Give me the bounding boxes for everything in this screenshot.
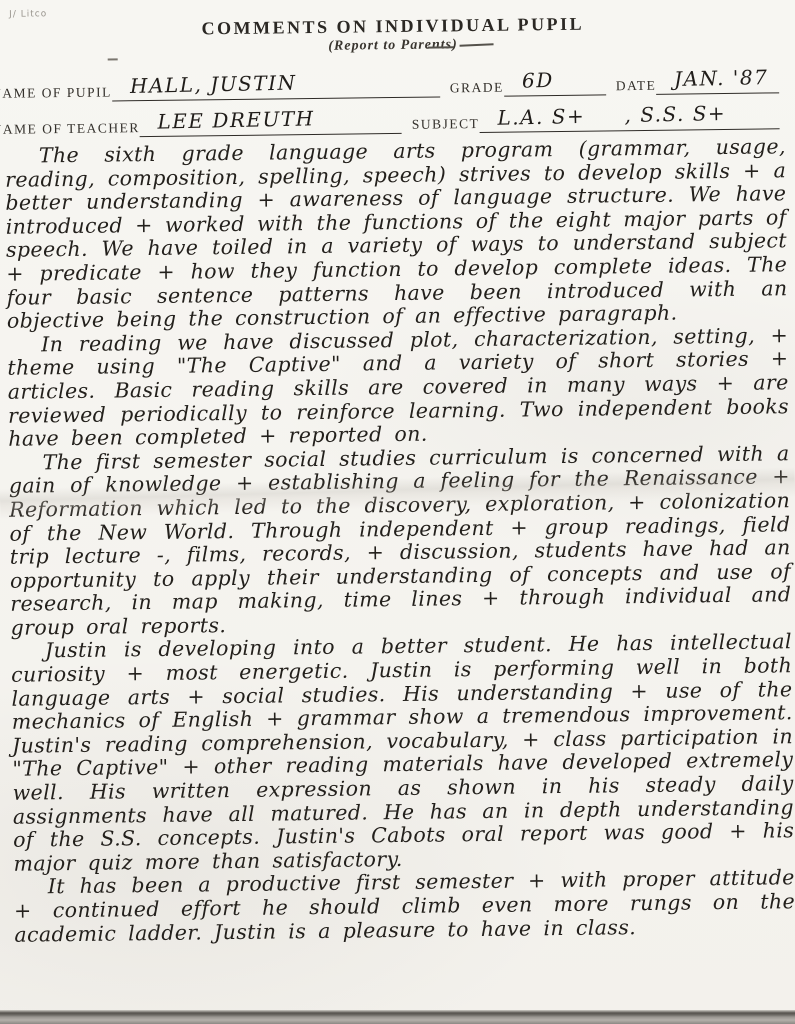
date-value: JAN. '87 xyxy=(674,65,769,91)
teacher-line: LEE DREUTH xyxy=(140,100,402,137)
pupil-value: HALL, JUSTIN xyxy=(130,70,297,97)
date-line: JAN. '87 xyxy=(656,59,779,94)
teacher-value: LEE DREUTH xyxy=(157,106,315,133)
subject-value: L.A. S+ , S.S. S+ xyxy=(497,101,726,130)
scan-artifact-dash xyxy=(428,46,454,48)
scan-tilt-wrapper: J/ Litco COMMENTS ON INDIVIDUAL PUPIL (R… xyxy=(0,0,795,1024)
form-header: NAME OF PUPIL HALL, JUSTIN GRADE 6D DATE… xyxy=(0,57,780,139)
grade-value: 6D xyxy=(522,68,554,93)
handwritten-comments: The sixth grade language arts program (g… xyxy=(5,135,795,947)
comment-paragraph-closing: It has been a productive first semester … xyxy=(14,867,795,947)
scanned-report-page: J/ Litco COMMENTS ON INDIVIDUAL PUPIL (R… xyxy=(0,0,795,1024)
scan-artifact-dash xyxy=(108,58,118,60)
comment-paragraph-social-studies: The first semester social studies curric… xyxy=(8,442,791,640)
bottom-scan-edge xyxy=(0,1010,795,1024)
comment-paragraph-reading: In reading we have discussed plot, chara… xyxy=(7,324,789,452)
subject-label: SUBJECT xyxy=(412,116,480,134)
date-label: DATE xyxy=(616,78,657,95)
comment-paragraph-language-arts: The sixth grade language arts program (g… xyxy=(5,135,788,333)
corner-note: J/ Litco xyxy=(9,9,47,19)
grade-label: GRADE xyxy=(450,80,504,98)
pupil-line: HALL, JUSTIN xyxy=(112,63,440,101)
teacher-label: NAME OF TEACHER xyxy=(0,120,140,139)
pupil-label: NAME OF PUPIL xyxy=(0,84,112,102)
form-row-teacher: NAME OF TEACHER LEE DREUTH SUBJECT L.A. … xyxy=(0,95,780,139)
comment-paragraph-justin-progress: Justin is developing into a better stude… xyxy=(11,631,795,876)
grade-line: 6D xyxy=(504,61,606,96)
subject-line: L.A. S+ , S.S. S+ xyxy=(479,95,780,133)
